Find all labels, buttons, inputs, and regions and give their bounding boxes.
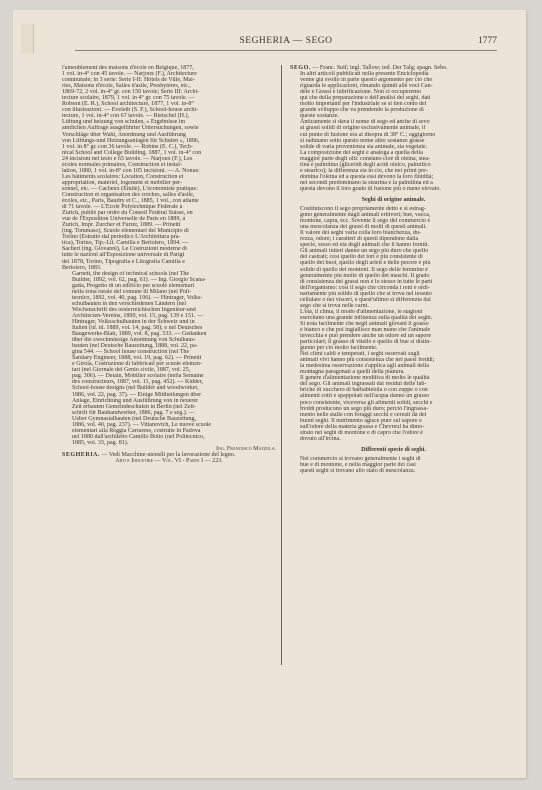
- paragraph: Anticamente si dava il nome di sego ed a…: [290, 119, 497, 149]
- running-title: SEGHERIA — SEGO: [75, 36, 497, 46]
- right-column: SEGO. — Franc. Suif; ingl. Tallow; ted. …: [290, 65, 497, 474]
- torn-page-edge: [21, 24, 34, 54]
- bibliography-paragraph-2: Garnett, the design of technical schools…: [62, 271, 276, 446]
- section-title-animal: Seghi di origine animale.: [290, 197, 497, 203]
- running-header: SEGHERIA — SEGO 1777: [75, 36, 497, 51]
- paragraph: L'età, il clima, il modo d'alimentazione…: [290, 309, 497, 321]
- column-divider: [281, 65, 282, 665]
- paragraph: Costituiscono il sego propriamente detto…: [290, 206, 497, 230]
- section-species-paragraphs: Nel commercio si trovano generalmente i …: [290, 456, 497, 474]
- intro-paragraphs: In altri articoli pubblicati nella prese…: [290, 71, 497, 192]
- entry-headword-segheria: SEGHERIA.: [62, 452, 100, 458]
- section-title-species: Differenti specie di seghi.: [290, 447, 497, 453]
- paragraph: Il genere d'alimentazione modifica di mo…: [290, 375, 497, 442]
- paragraph: Gli animali intieri danno un sego più du…: [290, 248, 497, 308]
- page-number: 1777: [478, 36, 497, 46]
- paragraph: Si nota facilmente che negli animali gio…: [290, 321, 497, 351]
- book-page: SEGHERIA — SEGO 1777 l'ameublement des m…: [13, 10, 526, 778]
- text-line: questi seghi si trovano allo stato di me…: [290, 468, 497, 474]
- text-line: dovuto all'ircina.: [290, 436, 497, 442]
- text-line: questa devono il loro grado di fusione p…: [290, 186, 497, 192]
- section-animal-paragraphs: Costituiscono il sego propriamente detto…: [290, 206, 497, 442]
- left-column: l'ameublement des maisons d'école en Bel…: [62, 65, 276, 464]
- bibliography-paragraph-1: l'ameublement des maisons d'école en Bel…: [62, 65, 276, 271]
- paragraph: Nei climi caldi e temperati, i seghi oss…: [290, 351, 497, 375]
- paragraph: Nel commercio si trovano generalmente i …: [290, 456, 497, 474]
- paragraph: In altri articoli pubblicati nella prese…: [290, 71, 497, 119]
- paragraph: La composizione dei seghi è analoga a qu…: [290, 150, 497, 192]
- paragraph: Il valore dei seghi varia colla loro bia…: [290, 230, 497, 248]
- volume-footer: Arti e Industrie — Vol. VI - Parte I — 2…: [62, 458, 276, 464]
